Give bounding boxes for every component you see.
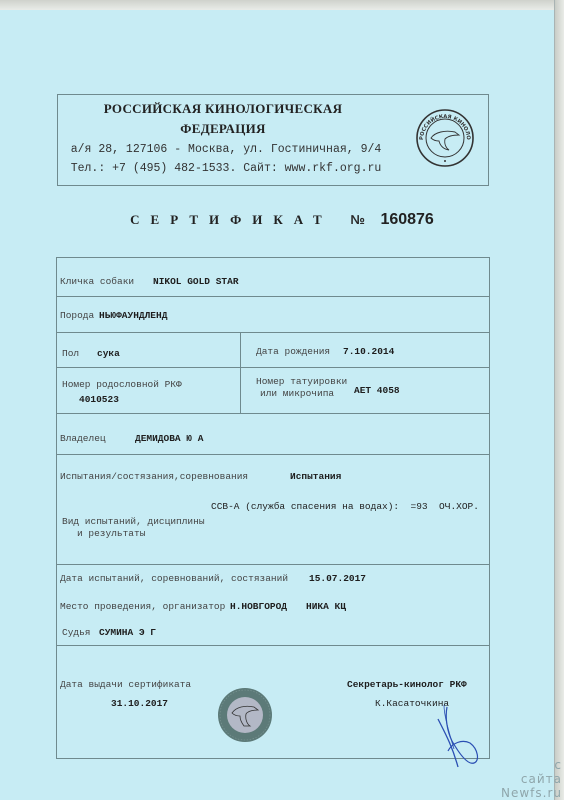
scan-right-edge xyxy=(554,0,564,800)
place-value: Н.НОВГОРОД xyxy=(230,601,287,612)
row-divider xyxy=(57,296,489,297)
discipline-label-line2: и результаты xyxy=(77,528,145,539)
svg-text:РОССИЙСКАЯ КИНОЛОГИЧЕСКАЯ: РОССИЙСКАЯ КИНОЛОГИЧЕСКАЯ xyxy=(415,108,471,141)
row-divider xyxy=(57,332,489,333)
pedigree-value: 4010523 xyxy=(79,394,119,405)
tattoo-value: АЕТ 4058 xyxy=(354,385,400,396)
organization-address: а/я 28, 127106 - Москва, ул. Гостиничная… xyxy=(64,143,388,156)
tattoo-label-line1: Номер татуировки xyxy=(256,376,347,387)
hologram-seal-icon xyxy=(218,688,272,742)
watermark-line3: Newfs.ru xyxy=(501,786,562,800)
row-divider xyxy=(57,564,489,565)
judge-value: СУМИНА Э Г xyxy=(99,627,156,638)
organization-name-line1: РОССИЙСКАЯ КИНОЛОГИЧЕСКАЯ xyxy=(58,101,388,117)
certificate-details-table: Кличка собаки NIKOL GOLD STAR Порода НЬЮ… xyxy=(56,257,490,759)
secretary-title: Секретарь-кинолог РКФ xyxy=(347,679,467,690)
issue-date-label: Дата выдачи сертификата xyxy=(60,679,191,690)
row-divider xyxy=(57,367,489,368)
certificate-title: СЕРТИФИКАТ № 160876 xyxy=(0,211,564,229)
signature-icon xyxy=(430,705,500,770)
watermark-line2: сайта xyxy=(501,772,562,786)
event-date-label: Дата испытаний, соревнований, состязаний xyxy=(60,573,288,584)
test-result-value: ССВ-А (служба спасения на водах): =93 ОЧ… xyxy=(211,501,479,512)
rkf-stamp-icon: РОССИЙСКАЯ КИНОЛОГИЧЕСКАЯ xyxy=(415,108,475,168)
column-divider xyxy=(240,332,241,413)
certificate-number: 160876 xyxy=(380,211,433,228)
event-type-label: Испытания/состязания,соревнования xyxy=(60,471,248,482)
watermark-line1: с xyxy=(501,758,562,772)
row-divider xyxy=(57,413,489,414)
birth-date-value: 7.10.2014 xyxy=(343,346,394,357)
organization-contacts: Тел.: +7 (495) 482-1533. Сайт: www.rkf.o… xyxy=(64,162,388,175)
pedigree-label: Номер родословной РКФ xyxy=(62,379,182,390)
breed-value: НЬЮФАУНДЛЕНД xyxy=(99,310,167,321)
event-type-value: Испытания xyxy=(290,471,341,482)
event-date-value: 15.07.2017 xyxy=(309,573,366,584)
sex-value: сука xyxy=(97,348,120,359)
row-divider xyxy=(57,454,489,455)
judge-label: Судья xyxy=(62,627,91,638)
number-sign: № xyxy=(350,212,365,227)
organization-name-line2: ФЕДЕРАЦИЯ xyxy=(58,121,388,137)
dog-name-value: NIKOL GOLD STAR xyxy=(153,276,239,287)
discipline-label-line1: Вид испытаний, дисциплины xyxy=(62,516,205,527)
site-watermark: с сайта Newfs.ru xyxy=(501,758,562,800)
place-label: Место проведения, организатор xyxy=(60,601,225,612)
organizer-value: НИКА КЦ xyxy=(306,601,346,612)
issue-date-value: 31.10.2017 xyxy=(111,698,168,709)
breed-label: Порода xyxy=(60,310,94,321)
organization-header: РОССИЙСКАЯ КИНОЛОГИЧЕСКАЯ ФЕДЕРАЦИЯ а/я … xyxy=(57,94,489,186)
tattoo-label-line2: или микрочипа xyxy=(260,388,334,399)
owner-value: ДЕМИДОВА Ю А xyxy=(135,433,203,444)
dog-name-label: Кличка собаки xyxy=(60,276,134,287)
row-divider xyxy=(57,645,489,646)
certificate-title-word: СЕРТИФИКАТ xyxy=(130,212,333,227)
sex-label: Пол xyxy=(62,348,79,359)
owner-label: Владелец xyxy=(60,433,106,444)
birth-date-label: Дата рождения xyxy=(256,346,330,357)
